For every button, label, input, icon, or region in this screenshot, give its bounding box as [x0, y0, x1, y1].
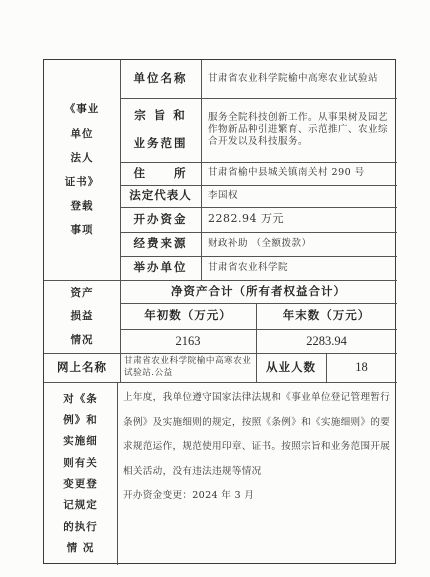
label-line: 法人 — [71, 151, 94, 165]
label-line: 情 况 — [67, 541, 95, 555]
begin-of-year-value: 2163 — [120, 329, 256, 353]
purpose-scope-label: 宗 旨 和 业务范围 — [120, 98, 201, 162]
unit-name-label: 单位名称 — [120, 60, 201, 98]
sponsor-value: 甘肃省农业科学院 — [201, 256, 397, 280]
staff-count-label: 从业人数 — [256, 353, 326, 382]
label-line: 则有关 — [63, 456, 98, 470]
label-line: 情况 — [71, 333, 94, 347]
end-of-year-value: 2283.94 — [256, 329, 397, 353]
unit-name-value: 甘肃省农业科学院榆中高寒农业试验站 — [201, 60, 397, 98]
label-line: 事项 — [71, 223, 94, 237]
label-line: 证书》 — [65, 175, 100, 189]
label-line: 单位 — [71, 127, 94, 141]
legal-rep-value: 李国权 — [201, 185, 397, 207]
label-line: 对《条 — [63, 392, 98, 406]
capital-label: 开办资金 — [120, 207, 201, 232]
label-line: 记规定 — [63, 498, 98, 512]
label-line: 登载 — [71, 199, 94, 213]
purpose-scope-value: 服务全院科技创新工作。从事果树及园艺作物新品种引进繁育、示范推广、农业综合开发以… — [201, 98, 397, 162]
registration-table: 《事业 单位 法人 证书》 登载 事项 单位名称 甘肃省农业科学院榆中高寒农业试… — [43, 59, 396, 564]
net-assets-header: 净资产合计（所有者权益合计） — [120, 280, 397, 303]
capital-value: 2282.94 万元 — [201, 207, 397, 232]
funding-source-value: 财政补助 （全额拨款） — [201, 232, 397, 256]
legal-rep-label: 法定代表人 — [120, 185, 201, 207]
compliance-paragraph: 上年度，我单位遵守国家法律法规和《事业单位登记管理暂行条例》及实施细则的规定，按… — [123, 386, 391, 484]
label-line: 变更登 — [63, 477, 98, 491]
label-line: 资产 — [71, 286, 94, 300]
address-label: 住 所 — [120, 162, 201, 185]
label-line: 业务范围 — [134, 136, 188, 152]
funding-source-label: 经费来源 — [120, 232, 201, 256]
label-line: 实施细 — [63, 434, 98, 448]
capital-change-note: 开办资金变更：2024 年 3 月 — [123, 484, 254, 509]
compliance-content: 上年度，我单位遵守国家法律法规和《事业单位登记管理暂行条例》及实施细则的规定，按… — [117, 382, 397, 565]
staff-count-value: 18 — [326, 353, 397, 382]
label-line: 宗 旨 和 — [134, 108, 187, 124]
sponsor-label: 举办单位 — [120, 256, 201, 280]
end-of-year-header: 年末数（万元） — [256, 303, 397, 329]
address-value: 甘肃省榆中县城关镇南关村 290 号 — [201, 162, 397, 185]
compliance-section-label: 对《条 例》和 实施细 则有关 变更登 记规定 的执行 情 况 — [44, 382, 117, 565]
net-name-value: 甘肃省农业科学院榆中高寒农业试验站.公益 — [120, 353, 256, 382]
label-line: 《事业 — [65, 102, 100, 116]
assets-section-label: 资产 损益 情况 — [44, 280, 120, 353]
label-line: 的执行 — [63, 520, 98, 534]
label-line: 损益 — [71, 309, 94, 323]
begin-of-year-header: 年初数（万元） — [120, 303, 256, 329]
label-line: 例》和 — [63, 413, 98, 427]
net-name-label: 网上名称 — [44, 353, 120, 382]
registration-section-label: 《事业 单位 法人 证书》 登载 事项 — [44, 60, 120, 280]
document-page: 《事业 单位 法人 证书》 登载 事项 单位名称 甘肃省农业科学院榆中高寒农业试… — [0, 0, 430, 577]
